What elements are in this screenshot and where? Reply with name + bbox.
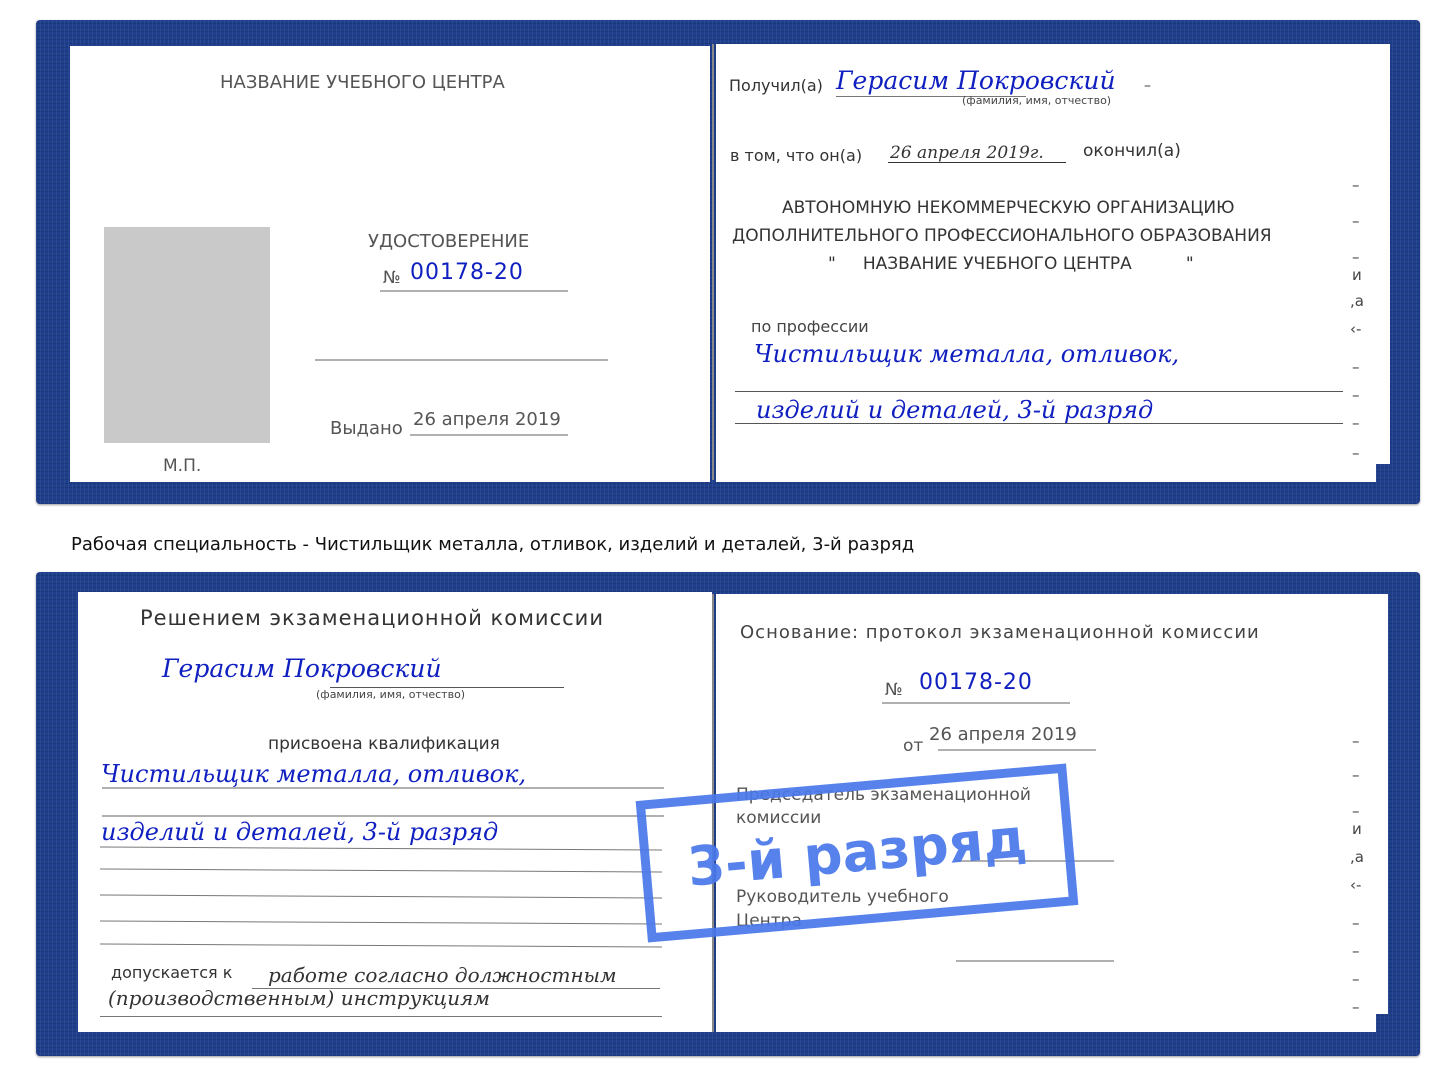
issued-underline (410, 434, 568, 436)
admitted-line-2: (производственным) инструкциям (108, 986, 490, 1010)
profession-label: по профессии (751, 317, 869, 336)
completion-underline (888, 162, 1066, 163)
recipient-dash: – (1144, 78, 1151, 94)
decision-title: Решением экзаменационной комиссии (140, 606, 604, 630)
profession-underline-1 (735, 391, 1343, 392)
qualification-line-2: изделий и деталей, 3-й разряд (101, 818, 498, 846)
qualification-underline-2 (102, 815, 664, 817)
qualification-line-1: Чистильщик металла, отливок, (101, 760, 526, 788)
in-that-label: в том, что он(а) (730, 146, 862, 165)
name-caption: (фамилия, имя, отчество) (962, 94, 1111, 107)
signature-line (315, 359, 608, 361)
grade-stamp-text: 3-й разряд (685, 811, 1028, 894)
protocol-date: 26 апреля 2019 (929, 724, 1077, 745)
protocol-date-prefix: от (903, 736, 923, 756)
seal-label: М.П. (163, 456, 201, 476)
qualification-label: присвоена квалификация (268, 734, 500, 754)
top-right-page-tab (1376, 44, 1390, 464)
org-line-1: АВТОНОМНУЮ НЕКОММЕРЧЕСКУЮ ОРГАНИЗАЦИЮ (782, 198, 1234, 218)
profession-underline-2 (735, 423, 1343, 424)
center-name: НАЗВАНИЕ УЧЕБНОГО ЦЕНТРА (220, 72, 505, 93)
specialty-caption: Рабочая специальность - Чистильщик метал… (71, 534, 914, 555)
certificate-number: 00178-20 (410, 260, 524, 285)
person-name-caption: (фамилия, имя, отчество) (316, 688, 465, 701)
admitted-line-1: работе согласно должностным (268, 963, 617, 987)
profession-line-1: Чистильщик металла, отливок, (754, 340, 1179, 368)
issued-date: 26 апреля 2019 (413, 409, 561, 430)
received-label: Получил(а) (729, 76, 823, 95)
completed-label: окончил(а) (1083, 141, 1181, 161)
issued-label: Выдано (330, 418, 403, 439)
number-underline (380, 290, 568, 292)
protocol-date-underline (938, 749, 1096, 751)
admitted-underline-2 (100, 1016, 662, 1017)
recipient-name: Герасим Покровский (836, 66, 1116, 95)
qualification-underline-1 (102, 787, 664, 789)
protocol-number: 00178-20 (919, 670, 1033, 695)
org-line-2: ДОПОЛНИТЕЛЬНОГО ПРОФЕССИОНАЛЬНОГО ОБРАЗО… (732, 226, 1272, 246)
admitted-label: допускается к (111, 963, 232, 982)
protocol-number-prefix: № (885, 680, 903, 700)
basis-title: Основание: протокол экзаменационной коми… (740, 622, 1260, 643)
top-spine (712, 44, 714, 480)
org-line-3: " НАЗВАНИЕ УЧЕБНОГО ЦЕНТРА " (828, 254, 1194, 274)
number-prefix: № (383, 268, 401, 288)
head-signature-line (956, 960, 1114, 962)
protocol-number-underline (882, 702, 1070, 704)
photo-placeholder (104, 227, 270, 443)
bottom-right-page-tab (1376, 594, 1388, 1014)
document-title: УДОСТОВЕРЕНИЕ (368, 231, 529, 252)
profession-line-2: изделий и деталей, 3-й разряд (756, 396, 1153, 424)
completion-date: 26 апреля 2019г. (890, 143, 1044, 163)
person-name: Герасим Покровский (162, 654, 442, 683)
